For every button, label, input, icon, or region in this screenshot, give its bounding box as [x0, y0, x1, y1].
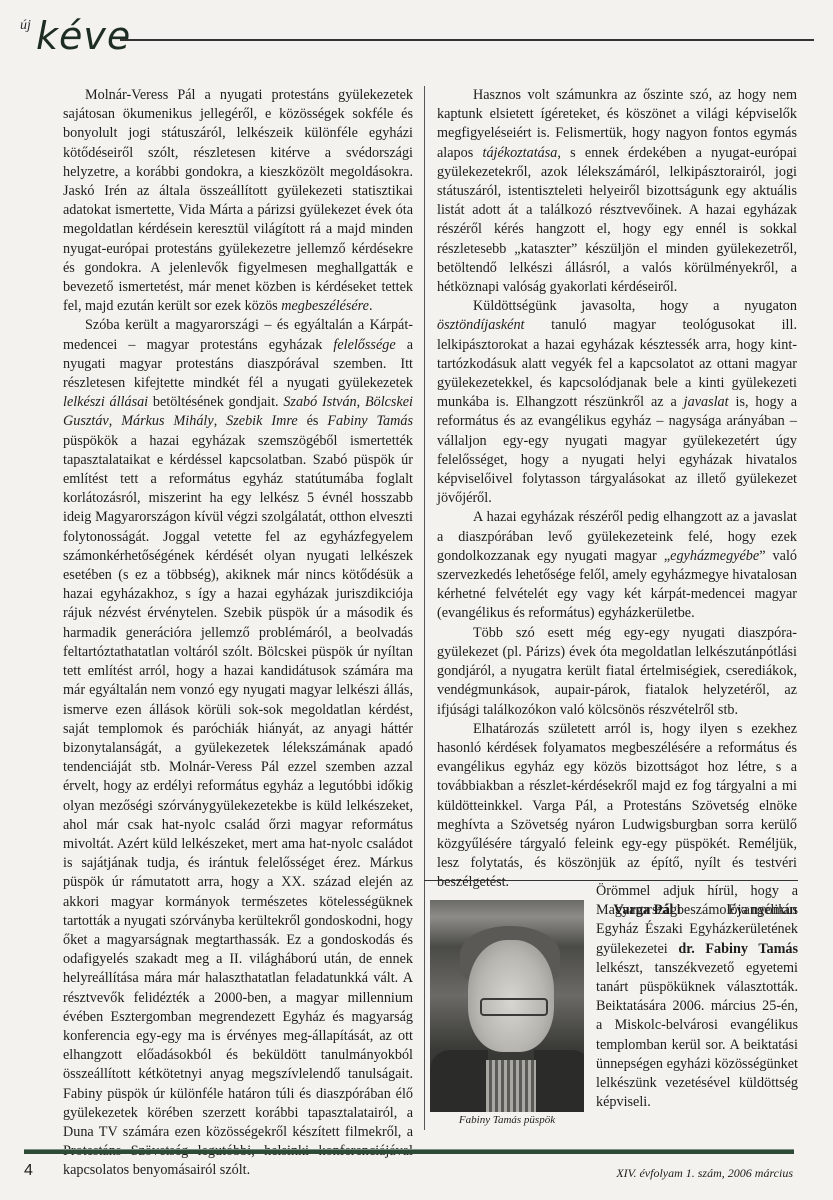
photo-caption: Fabiny Tamás püspök	[430, 1114, 584, 1126]
article-right-column: Hasznos volt számunkra az őszinte szó, a…	[437, 86, 797, 920]
emphasis: ösztöndíjasként	[437, 317, 525, 333]
paragraph-text: püspökök a hazai egyházak szemszögéből i…	[63, 433, 413, 1179]
page-number: 4	[24, 1162, 33, 1180]
masthead-rule	[120, 39, 814, 41]
person-name: dr. Fabiny Tamás	[678, 941, 798, 957]
emphasis: javaslat	[684, 394, 729, 410]
person-name: Szebik Imre	[226, 413, 297, 429]
paragraph: Küldöttségünk javasolta, hogy a nyugaton…	[437, 297, 797, 508]
paragraph: Elhatározás született arról is, hogy ily…	[437, 720, 797, 893]
paragraph: Szóba került a magyarországi – és egyált…	[63, 316, 413, 1180]
person-name: Fabiny Tamás	[327, 413, 413, 429]
emphasis: felelőssége	[333, 337, 395, 353]
paragraph-text: Molnár-Veress Pál a nyugati protestáns g…	[63, 87, 413, 314]
masthead-prefix: új	[20, 18, 31, 34]
glasses	[480, 998, 548, 1016]
paragraph: Hasznos volt számunkra az őszinte szó, a…	[437, 86, 797, 297]
paragraph: Molnár-Veress Pál a nyugati protestáns g…	[63, 86, 413, 316]
paragraph-text: betöltésének gondjait.	[148, 394, 283, 410]
paragraph-text: , s ennek érdekében a nyugat-európai gyü…	[437, 145, 797, 295]
issue-info: XIV. évfolyam 1. szám, 2006 március	[616, 1166, 793, 1181]
emphasis: egyházmegyébe	[670, 548, 759, 564]
announcement-text: Örömmel adjuk hírül, hogy a Magyarország…	[596, 882, 798, 1112]
footer-rule	[24, 1149, 794, 1154]
column-divider	[424, 86, 425, 1130]
masthead-title: kéve	[36, 14, 131, 58]
announcement-top-rule	[424, 880, 798, 881]
person-name: Szabó István	[283, 394, 356, 410]
paragraph-text: is, hogy a református és az evangélikus …	[437, 394, 797, 506]
portrait-photo	[430, 900, 584, 1112]
article-left-column: Molnár-Veress Pál a nyugati protestáns g…	[63, 86, 413, 1181]
paragraph-text: Küldöttségünk javasolta, hogy a nyugaton	[473, 298, 797, 314]
announcement-text-part: lelkészt, tanszékvezető egyetemi tanárt …	[596, 960, 798, 1110]
emphasis: megbeszélésére	[281, 298, 369, 314]
person-name: Márkus Mihály	[121, 413, 213, 429]
emphasis: tájékoztatása	[483, 145, 558, 161]
paragraph: Több szó esett még egy-egy nyugati diasz…	[437, 624, 797, 720]
emphasis: lelkészi állásai	[63, 394, 148, 410]
masthead: új kéve	[20, 8, 820, 58]
paragraph: A hazai egyházak részéről pedig elhangzo…	[437, 508, 797, 623]
